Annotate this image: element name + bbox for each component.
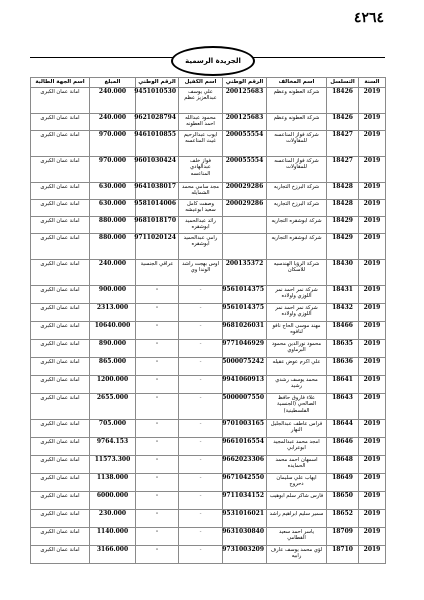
cell-offender-name: شركة البرزخ التجاريه <box>267 200 327 217</box>
cell-requesting-body: امانة عمان الكبرى <box>31 492 90 510</box>
cell-offender-id: 200055554 <box>223 131 267 157</box>
cell-guarantor-name: - <box>179 510 223 528</box>
cell-amount: 1200.000 <box>90 376 136 394</box>
cell-serial: 18636 <box>327 358 359 376</box>
cell-amount: 9764.153 <box>90 438 136 456</box>
table-row: 201918648اسمهان احمد محمد الحمايده966202… <box>31 456 386 474</box>
cell-offender-id: 200125683 <box>223 88 267 114</box>
cell-year: 2019 <box>359 474 386 492</box>
cell-requesting-body: امانة عمان الكبرى <box>31 340 90 358</box>
cell-offender-id: 200055554 <box>223 157 267 183</box>
table-row: 201918466مهند موسى الحاج نافو لنافوه9681… <box>31 322 386 340</box>
cell-requesting-body: امانة عمان الكبرى <box>31 234 90 260</box>
cell-serial: 18635 <box>327 340 359 358</box>
cell-guarantor-id: 9621028794 <box>136 114 179 131</box>
cell-guarantor-name: - <box>179 420 223 438</box>
cell-serial: 18432 <box>327 304 359 322</box>
cell-guarantor-name: رامي عبدالحميد ابوشقره <box>179 234 223 260</box>
header-year: السنة <box>359 78 386 88</box>
cell-requesting-body: امانة عمان الكبرى <box>31 376 90 394</box>
cell-serial: 18650 <box>327 492 359 510</box>
cell-guarantor-name: وصفت كامل سعيد ابوعيشه <box>179 200 223 217</box>
cell-requesting-body: امانة عمان الكبرى <box>31 157 90 183</box>
cell-amount: 900.000 <box>90 286 136 304</box>
cell-serial: 18643 <box>327 394 359 420</box>
cell-guarantor-id: 9581014006 <box>136 200 179 217</box>
table-row: 201918709ياسر احمد سعيد القطامي963103084… <box>31 528 386 546</box>
cell-guarantor-name: - <box>179 528 223 546</box>
cell-serial: 18429 <box>327 234 359 260</box>
table-row: 201918429شركة ابوشقره التجاريهرامي عبدال… <box>31 234 386 260</box>
cell-year: 2019 <box>359 438 386 456</box>
table-row: 201918428شركة البرزخ التجاريه200029286مج… <box>31 183 386 200</box>
cell-guarantor-name: - <box>179 322 223 340</box>
cell-requesting-body: امانة عمان الكبرى <box>31 438 90 456</box>
cell-guarantor-name: - <box>179 394 223 420</box>
cell-year: 2019 <box>359 528 386 546</box>
cell-year: 2019 <box>359 376 386 394</box>
cell-guarantor-name: - <box>179 304 223 322</box>
cell-guarantor-id: 9601030424 <box>136 157 179 183</box>
cell-year: 2019 <box>359 492 386 510</box>
cell-amount: 890.000 <box>90 340 136 358</box>
cell-year: 2019 <box>359 420 386 438</box>
cell-serial: 18652 <box>327 510 359 528</box>
cell-offender-name: ايهاب علي سليمان دحروج <box>267 474 327 492</box>
cell-guarantor-id: 9451010530 <box>136 88 179 114</box>
cell-offender-id: 5000007550 <box>223 394 267 420</box>
cell-guarantor-id: عراقي الجنسية <box>136 260 179 286</box>
cell-year: 2019 <box>359 217 386 234</box>
cell-guarantor-name: - <box>179 376 223 394</box>
cell-guarantor-id: - <box>136 322 179 340</box>
cell-guarantor-id: 9461010855 <box>136 131 179 157</box>
table-row: 201918427شركة فواز المناعسه للمقاولات200… <box>31 131 386 157</box>
cell-serial: 18426 <box>327 88 359 114</box>
cell-serial: 18709 <box>327 528 359 546</box>
cell-year: 2019 <box>359 546 386 564</box>
publication-title: الجريدة الرسمية <box>185 57 241 65</box>
cell-offender-id: 5000075242 <box>223 358 267 376</box>
cell-requesting-body: امانة عمان الكبرى <box>31 546 90 564</box>
table-row: 201918428شركة البرزخ التجاريه200029286وص… <box>31 200 386 217</box>
publication-title-badge: الجريدة الرسمية <box>171 46 255 76</box>
cell-requesting-body: امانة عمان الكبرى <box>31 474 90 492</box>
cell-guarantor-name: - <box>179 358 223 376</box>
cell-offender-id: 9771046929 <box>223 340 267 358</box>
cell-guarantor-name: - <box>179 546 223 564</box>
cell-year: 2019 <box>359 358 386 376</box>
cell-serial: 18428 <box>327 200 359 217</box>
cell-serial: 18430 <box>327 260 359 286</box>
cell-requesting-body: امانة عمان الكبرى <box>31 528 90 546</box>
cell-offender-name: امجد محمد عبدالمجيد ابوعرابي <box>267 438 327 456</box>
cell-offender-id: 200029286 <box>223 200 267 217</box>
cell-offender-id: 9671042550 <box>223 474 267 492</box>
cell-year: 2019 <box>359 234 386 260</box>
cell-offender-name: شركة نمر احمد نمر اللوزي واولاده <box>267 304 327 322</box>
cell-guarantor-id: - <box>136 510 179 528</box>
cell-offender-id: 9561014375 <box>223 304 267 322</box>
cell-year: 2019 <box>359 394 386 420</box>
cell-guarantor-name: - <box>179 340 223 358</box>
cell-offender-name: شركة ابوشقره التجاريه <box>267 234 327 260</box>
cell-offender-name: سمير سليم ابراهيم راشد <box>267 510 327 528</box>
cell-guarantor-name: - <box>179 474 223 492</box>
cell-amount: 240.000 <box>90 114 136 131</box>
cell-requesting-body: امانة عمان الكبرى <box>31 420 90 438</box>
cell-offender-name: اسمهان احمد محمد الحمايده <box>267 456 327 474</box>
cell-guarantor-name: فواز خلف عبدالهادي المناعسه <box>179 157 223 183</box>
cell-guarantor-name: علي يوسف عبدالعزيز عظم <box>179 88 223 114</box>
header-offender-name: اسم المخالف <box>267 78 327 88</box>
cell-amount: 880.000 <box>90 234 136 260</box>
cell-year: 2019 <box>359 88 386 114</box>
cell-guarantor-name: محمود عبدالله احمد العطونه <box>179 114 223 131</box>
cell-amount: 240.000 <box>90 260 136 286</box>
cell-offender-name: شركة ابوشقره التجاريه <box>267 217 327 234</box>
cell-requesting-body: امانة عمان الكبرى <box>31 260 90 286</box>
cell-offender-name: لؤي محمد يوسف عارف رابيه <box>267 546 327 564</box>
cell-guarantor-id: - <box>136 358 179 376</box>
table-row: 201918426شركة العطونه وعظم200125683محمود… <box>31 114 386 131</box>
cell-amount: 630.000 <box>90 200 136 217</box>
cell-offender-name: شركة فواز المناعسه للمقاولات <box>267 157 327 183</box>
table-row: 201918427شركة فواز المناعسه للمقاولات200… <box>31 157 386 183</box>
cell-guarantor-id: - <box>136 304 179 322</box>
cell-offender-name: شركة الرؤيا الهندسيه للاسكان <box>267 260 327 286</box>
cell-offender-id: 9531016021 <box>223 510 267 528</box>
cell-year: 2019 <box>359 183 386 200</box>
cell-offender-name: فراس عاطف عبدالجليل النهار <box>267 420 327 438</box>
cell-guarantor-name: رائد عبدالحميد ابوشقره <box>179 217 223 234</box>
cell-guarantor-id: - <box>136 474 179 492</box>
cell-offender-id: 200125683 <box>223 114 267 131</box>
cell-offender-id <box>223 234 267 260</box>
cell-requesting-body: امانة عمان الكبرى <box>31 322 90 340</box>
cell-requesting-body: امانة عمان الكبرى <box>31 394 90 420</box>
cell-guarantor-id: - <box>136 492 179 510</box>
cell-guarantor-id: - <box>136 286 179 304</box>
cell-amount: 970.000 <box>90 157 136 183</box>
table-row: 201918432شركة نمر احمد نمر اللوزي واولاد… <box>31 304 386 322</box>
cell-year: 2019 <box>359 340 386 358</box>
cell-offender-name: شركة العطونه وعظم <box>267 88 327 114</box>
header-serial: التسلسل <box>327 78 359 88</box>
table-row: 201918635محمود نورالدين محمود البرماوي97… <box>31 340 386 358</box>
cell-serial: 18427 <box>327 131 359 157</box>
table-row: 201918641محمد يوسف رشدي رشيد9941060913--… <box>31 376 386 394</box>
cell-amount: 865.000 <box>90 358 136 376</box>
cell-year: 2019 <box>359 131 386 157</box>
cell-amount: 1138.000 <box>90 474 136 492</box>
cell-year: 2019 <box>359 456 386 474</box>
cell-amount: 3166.000 <box>90 546 136 564</box>
cell-amount: 630.000 <box>90 183 136 200</box>
cell-year: 2019 <box>359 286 386 304</box>
page-number: ٤٢٦٤ <box>354 10 384 26</box>
cell-year: 2019 <box>359 304 386 322</box>
cell-amount: 705.000 <box>90 420 136 438</box>
cell-year: 2019 <box>359 510 386 528</box>
cell-offender-id: 9681026031 <box>223 322 267 340</box>
table-row: 201918426شركة العطونه وعظم200125683علي ي… <box>31 88 386 114</box>
cell-guarantor-id: - <box>136 394 179 420</box>
header-requesting-body: اسم الجهة الطالبة <box>31 78 90 88</box>
cell-amount: 2655.000 <box>90 394 136 420</box>
cell-offender-name: علاء فاروق حافظ الصالحي (الجنسية الفلسطي… <box>267 394 327 420</box>
cell-serial: 18426 <box>327 114 359 131</box>
cell-offender-name: شركة نمر احمد نمر اللوزي واولاده <box>267 286 327 304</box>
cell-guarantor-id: - <box>136 528 179 546</box>
cell-amount: 880.000 <box>90 217 136 234</box>
table-row: 201918649ايهاب علي سليمان دحروج967104255… <box>31 474 386 492</box>
cell-amount: 10640.000 <box>90 322 136 340</box>
cell-guarantor-name: - <box>179 492 223 510</box>
cell-guarantor-name: - <box>179 456 223 474</box>
cell-year: 2019 <box>359 157 386 183</box>
header-amount: المبلغ <box>90 78 136 88</box>
cell-offender-name: محمد يوسف رشدي رشيد <box>267 376 327 394</box>
cell-requesting-body: امانة عمان الكبرى <box>31 286 90 304</box>
cell-amount: 11573.300 <box>90 456 136 474</box>
cell-guarantor-id: - <box>136 376 179 394</box>
cell-requesting-body: امانة عمان الكبرى <box>31 183 90 200</box>
cell-serial: 18641 <box>327 376 359 394</box>
cell-offender-name: شركة فواز المناعسه للمقاولات <box>267 131 327 157</box>
cell-offender-name: فارس شاكر سلم ابوهيب <box>267 492 327 510</box>
cell-guarantor-name: ايوب عبدالرحيم غيث المناعسه <box>179 131 223 157</box>
table-row: 201918636علي اكرم عوض عقيله5000075242--8… <box>31 358 386 376</box>
cell-offender-id: 9662023306 <box>223 456 267 474</box>
cell-offender-name: شركة العطونه وعظم <box>267 114 327 131</box>
header-guarantor-name: اسم الكفيل <box>179 78 223 88</box>
cell-offender-id: 9941060913 <box>223 376 267 394</box>
table-row: 201918430شركة الرؤيا الهندسيه للاسكان200… <box>31 260 386 286</box>
cell-amount: 230.000 <box>90 510 136 528</box>
cell-guarantor-id: - <box>136 420 179 438</box>
records-table: السنة التسلسل اسم المخالف الرقم الوطني ا… <box>30 77 386 564</box>
cell-offender-id: 9701003165 <box>223 420 267 438</box>
cell-guarantor-id: 9681018170 <box>136 217 179 234</box>
cell-requesting-body: امانة عمان الكبرى <box>31 510 90 528</box>
cell-serial: 18428 <box>327 183 359 200</box>
cell-offender-id: 9631030840 <box>223 528 267 546</box>
cell-requesting-body: امانة عمان الكبرى <box>31 358 90 376</box>
cell-offender-id: 9561014375 <box>223 286 267 304</box>
cell-offender-id: 200029286 <box>223 183 267 200</box>
cell-offender-id: 200135372 <box>223 260 267 286</box>
cell-serial: 18466 <box>327 322 359 340</box>
cell-guarantor-id: - <box>136 438 179 456</box>
cell-amount: 6000.000 <box>90 492 136 510</box>
cell-guarantor-name: - <box>179 286 223 304</box>
cell-guarantor-name: - <box>179 438 223 456</box>
table-row: 201918644فراس عاطف عبدالجليل النهار97010… <box>31 420 386 438</box>
cell-requesting-body: امانة عمان الكبرى <box>31 131 90 157</box>
cell-serial: 18710 <box>327 546 359 564</box>
cell-offender-name: علي اكرم عوض عقيله <box>267 358 327 376</box>
cell-amount: 970.000 <box>90 131 136 157</box>
cell-year: 2019 <box>359 260 386 286</box>
cell-serial: 18431 <box>327 286 359 304</box>
table-row: 201918643علاء فاروق حافظ الصالحي (الجنسي… <box>31 394 386 420</box>
cell-amount: 2313.000 <box>90 304 136 322</box>
cell-offender-id: 9731003209 <box>223 546 267 564</box>
records-body: 201918426شركة العطونه وعظم200125683علي ي… <box>31 88 386 564</box>
header-offender-id: الرقم الوطني <box>223 78 267 88</box>
cell-amount: 240.000 <box>90 88 136 114</box>
cell-offender-name: محمود نورالدين محمود البرماوي <box>267 340 327 358</box>
cell-offender-id <box>223 217 267 234</box>
table-row: 201918650فارس شاكر سلم ابوهيب9711034152-… <box>31 492 386 510</box>
cell-offender-id: 9661016554 <box>223 438 267 456</box>
cell-guarantor-id: - <box>136 340 179 358</box>
cell-offender-id: 9711034152 <box>223 492 267 510</box>
cell-guarantor-id: 9711020124 <box>136 234 179 260</box>
cell-requesting-body: امانة عمان الكبرى <box>31 217 90 234</box>
header-guarantor-id: الرقم الوطني <box>136 78 179 88</box>
cell-serial: 18649 <box>327 474 359 492</box>
cell-requesting-body: امانة عمان الكبرى <box>31 88 90 114</box>
cell-year: 2019 <box>359 322 386 340</box>
cell-guarantor-id: - <box>136 546 179 564</box>
cell-year: 2019 <box>359 114 386 131</box>
cell-requesting-body: امانة عمان الكبرى <box>31 114 90 131</box>
cell-requesting-body: امانة عمان الكبرى <box>31 304 90 322</box>
table-row: 201918431شركة نمر احمد نمر اللوزي واولاد… <box>31 286 386 304</box>
cell-serial: 18646 <box>327 438 359 456</box>
cell-serial: 18427 <box>327 157 359 183</box>
cell-requesting-body: امانة عمان الكبرى <box>31 200 90 217</box>
table-row: 201918429شركة ابوشقره التجاريهرائد عبدال… <box>31 217 386 234</box>
cell-guarantor-name: اوس بهجت راشد الوندا وي <box>179 260 223 286</box>
table-row: 201918652سمير سليم ابراهيم راشد953101602… <box>31 510 386 528</box>
cell-offender-name: شركة البرزخ التجاريه <box>267 183 327 200</box>
cell-serial: 18644 <box>327 420 359 438</box>
cell-serial: 18648 <box>327 456 359 474</box>
cell-year: 2019 <box>359 200 386 217</box>
cell-offender-name: مهند موسى الحاج نافو لنافوه <box>267 322 327 340</box>
header-row: السنة التسلسل اسم المخالف الرقم الوطني ا… <box>31 78 386 88</box>
cell-requesting-body: امانة عمان الكبرى <box>31 456 90 474</box>
table-row: 201918646امجد محمد عبدالمجيد ابوعرابي966… <box>31 438 386 456</box>
cell-serial: 18429 <box>327 217 359 234</box>
cell-guarantor-id: - <box>136 456 179 474</box>
cell-guarantor-id: 9641038017 <box>136 183 179 200</box>
cell-amount: 1140.000 <box>90 528 136 546</box>
table-row: 201918710لؤي محمد يوسف عارف رابيه9731003… <box>31 546 386 564</box>
cell-guarantor-name: مجد سامي محمد الشمايله <box>179 183 223 200</box>
cell-offender-name: ياسر احمد سعيد القطامي <box>267 528 327 546</box>
